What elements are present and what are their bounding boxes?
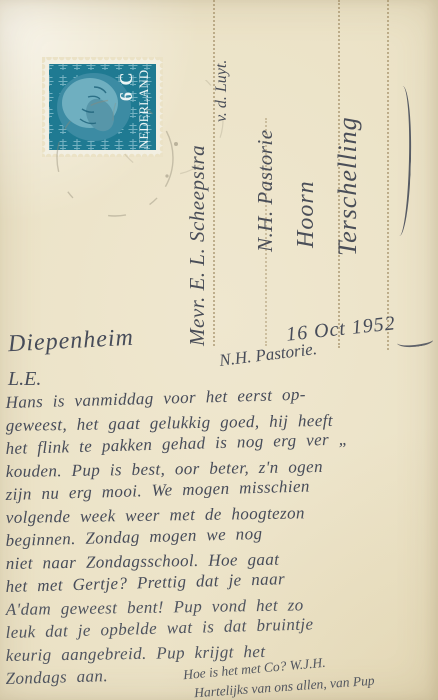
salutation: L.E. [8,368,41,391]
address-underline-flourish [388,86,413,237]
postcard-back: 6 C NEDERLAND Mevr. E. L. Scheepstra v. … [0,0,438,700]
stamp-country: NEDERLAND [136,69,151,149]
address-street: N.H. Pastorie [253,129,278,252]
address-recipient: Mevr. E. L. Scheepstra [185,145,210,346]
dateline-place: Diepenheim [7,325,134,359]
address-island: Terschelling [333,116,363,256]
postage-stamp: 6 C NEDERLAND [42,57,163,157]
address-town: Hoorn [293,180,320,248]
address-recipient-suffix: v. d. Luyt. [213,60,231,122]
stamp-value: 6 C [116,72,136,102]
address-block: Mevr. E. L. Scheepstra v. d. Luyt. N.H. … [185,0,425,348]
message-body: Hans is vanmiddag voor het eerst op- gew… [6,393,438,692]
